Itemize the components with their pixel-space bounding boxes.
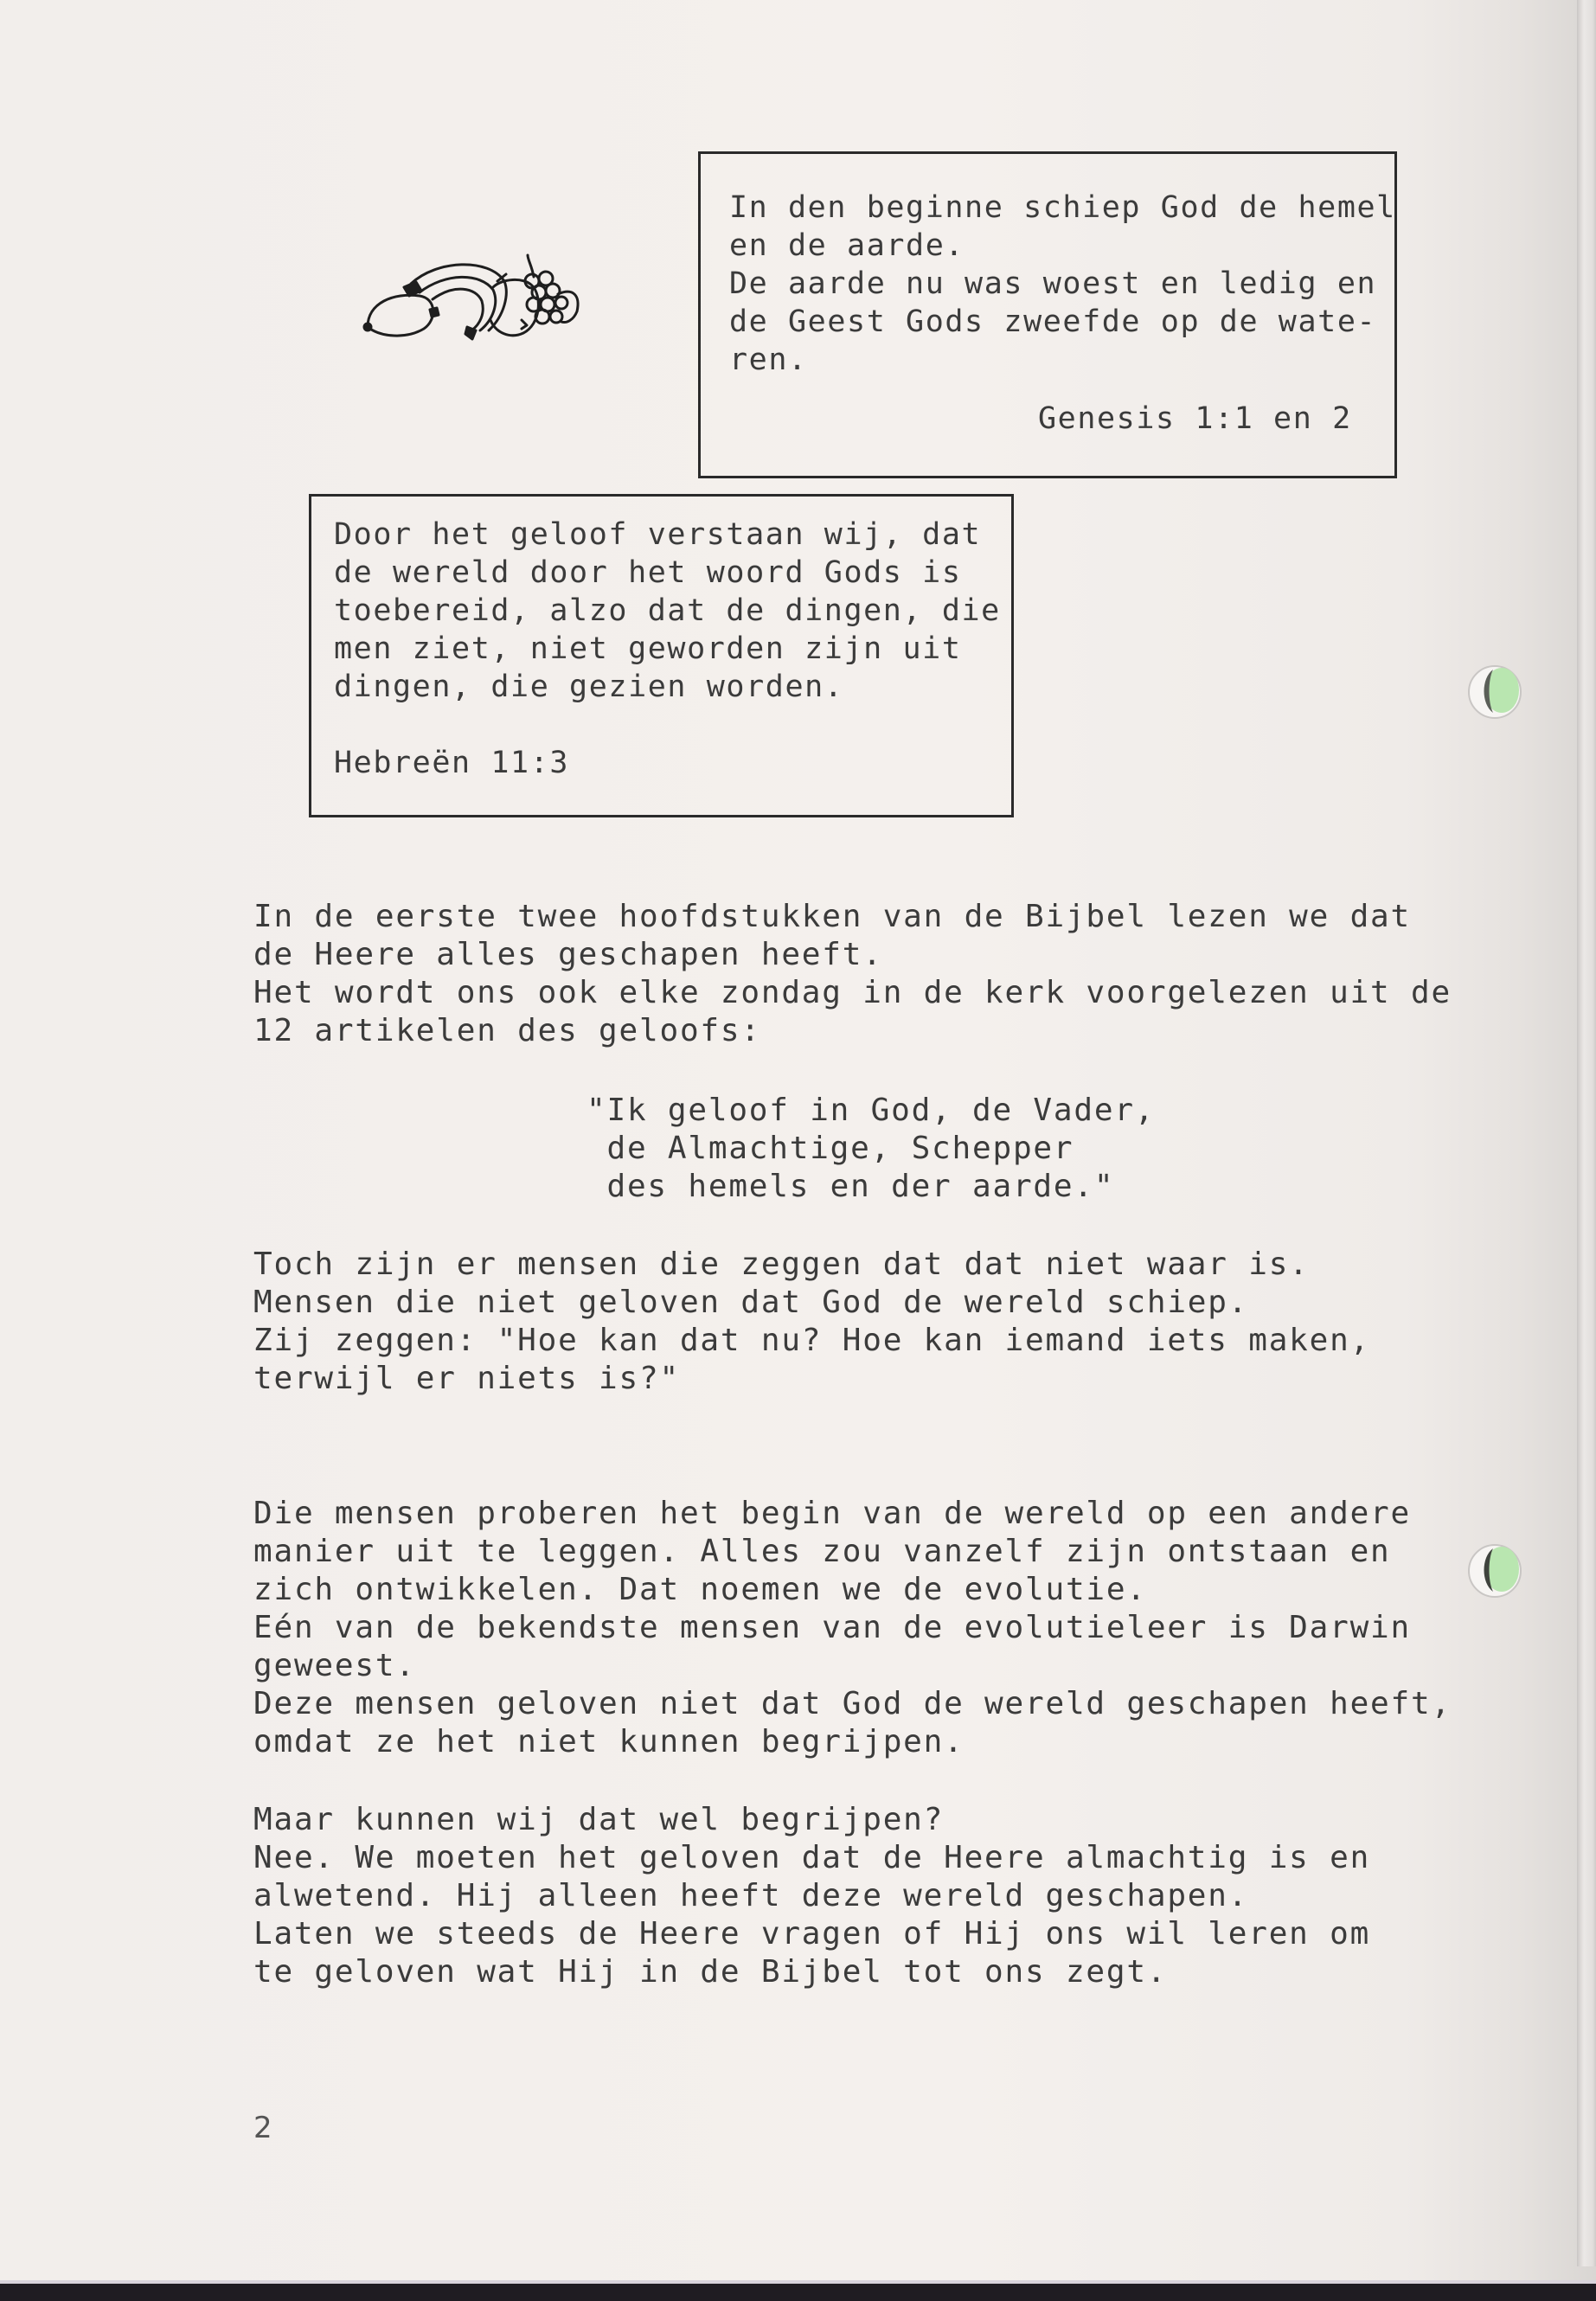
body-line: Zij zeggen: "Hoe kan dat nu? Hoe kan iem…: [253, 1322, 1370, 1360]
body-line: Nee. We moeten het geloven dat de Heere …: [253, 1839, 1370, 1877]
quote-citation: Hebreën 11:3: [334, 744, 569, 782]
body-line: alwetend. Hij alleen heeft deze wereld g…: [253, 1877, 1248, 1915]
quote-line: en de aarde.: [729, 227, 965, 265]
body-line: In de eerste twee hoofdstukken van de Bi…: [253, 898, 1411, 936]
quote-citation: Genesis 1:1 en 2: [1038, 400, 1352, 438]
quote-box-genesis: In den beginne schiep God de hemel en de…: [698, 151, 1397, 478]
body-line: terwijl er niets is?": [253, 1360, 680, 1398]
body-line: geweest.: [253, 1647, 416, 1685]
body-line: Mensen die niet geloven dat God de werel…: [253, 1284, 1248, 1322]
body-line: Laten we steeds de Heere vragen of Hij o…: [253, 1915, 1370, 1953]
quote-line: de wereld door het woord Gods is: [334, 554, 962, 592]
body-line: Eén van de bekendste mensen van de evolu…: [253, 1609, 1411, 1647]
body-line: zich ontwikkelen. Dat noemen we de evolu…: [253, 1571, 1147, 1609]
punch-hole-icon: [1462, 1538, 1528, 1604]
body-line: Maar kunnen wij dat wel begrijpen?: [253, 1801, 944, 1839]
body-line: te geloven wat Hij in de Bijbel tot ons …: [253, 1953, 1167, 1991]
quote-line: In den beginne schiep God de hemel: [729, 189, 1396, 227]
creed-line: des hemels en der aarde.": [586, 1168, 1114, 1206]
body-line: Deze mensen geloven niet dat God de were…: [253, 1685, 1452, 1723]
body-line: 12 artikelen des geloofs:: [253, 1012, 761, 1050]
body-line: Toch zijn er mensen die zeggen dat dat n…: [253, 1246, 1310, 1284]
body-line: manier uit te leggen. Alles zou vanzelf …: [253, 1533, 1391, 1571]
body-line: Het wordt ons ook elke zondag in de kerk…: [253, 974, 1452, 1012]
quote-line: dingen, die gezien worden.: [334, 668, 843, 706]
creed-line: "Ik geloof in God, de Vader,: [586, 1092, 1155, 1130]
punch-hole-icon: [1462, 659, 1528, 725]
page-edge-right: [1577, 0, 1596, 2266]
body-line: de Heere alles geschapen heeft.: [253, 936, 883, 974]
quote-line: de Geest Gods zweefde op de wate-: [729, 303, 1376, 341]
page-edge-bottom: [0, 2284, 1596, 2301]
quote-line: men ziet, niet geworden zijn uit: [334, 630, 962, 668]
quote-box-hebrews: Door het geloof verstaan wij, dat de wer…: [309, 494, 1014, 817]
body-line: omdat ze het niet kunnen begrijpen.: [253, 1723, 965, 1761]
fruit-cornucopia-icon: [350, 234, 584, 346]
creed-line: de Almachtige, Schepper: [586, 1130, 1074, 1168]
page-number: 2: [253, 2111, 272, 2145]
quote-line: De aarde nu was woest en ledig en: [729, 265, 1376, 303]
quote-line: toebereid, alzo dat de dingen, die: [334, 592, 1001, 630]
document-page: In den beginne schiep God de hemel en de…: [0, 0, 1596, 2301]
quote-line: ren.: [729, 341, 808, 379]
quote-line: Door het geloof verstaan wij, dat: [334, 516, 981, 554]
body-line: Die mensen proberen het begin van de wer…: [253, 1495, 1411, 1533]
